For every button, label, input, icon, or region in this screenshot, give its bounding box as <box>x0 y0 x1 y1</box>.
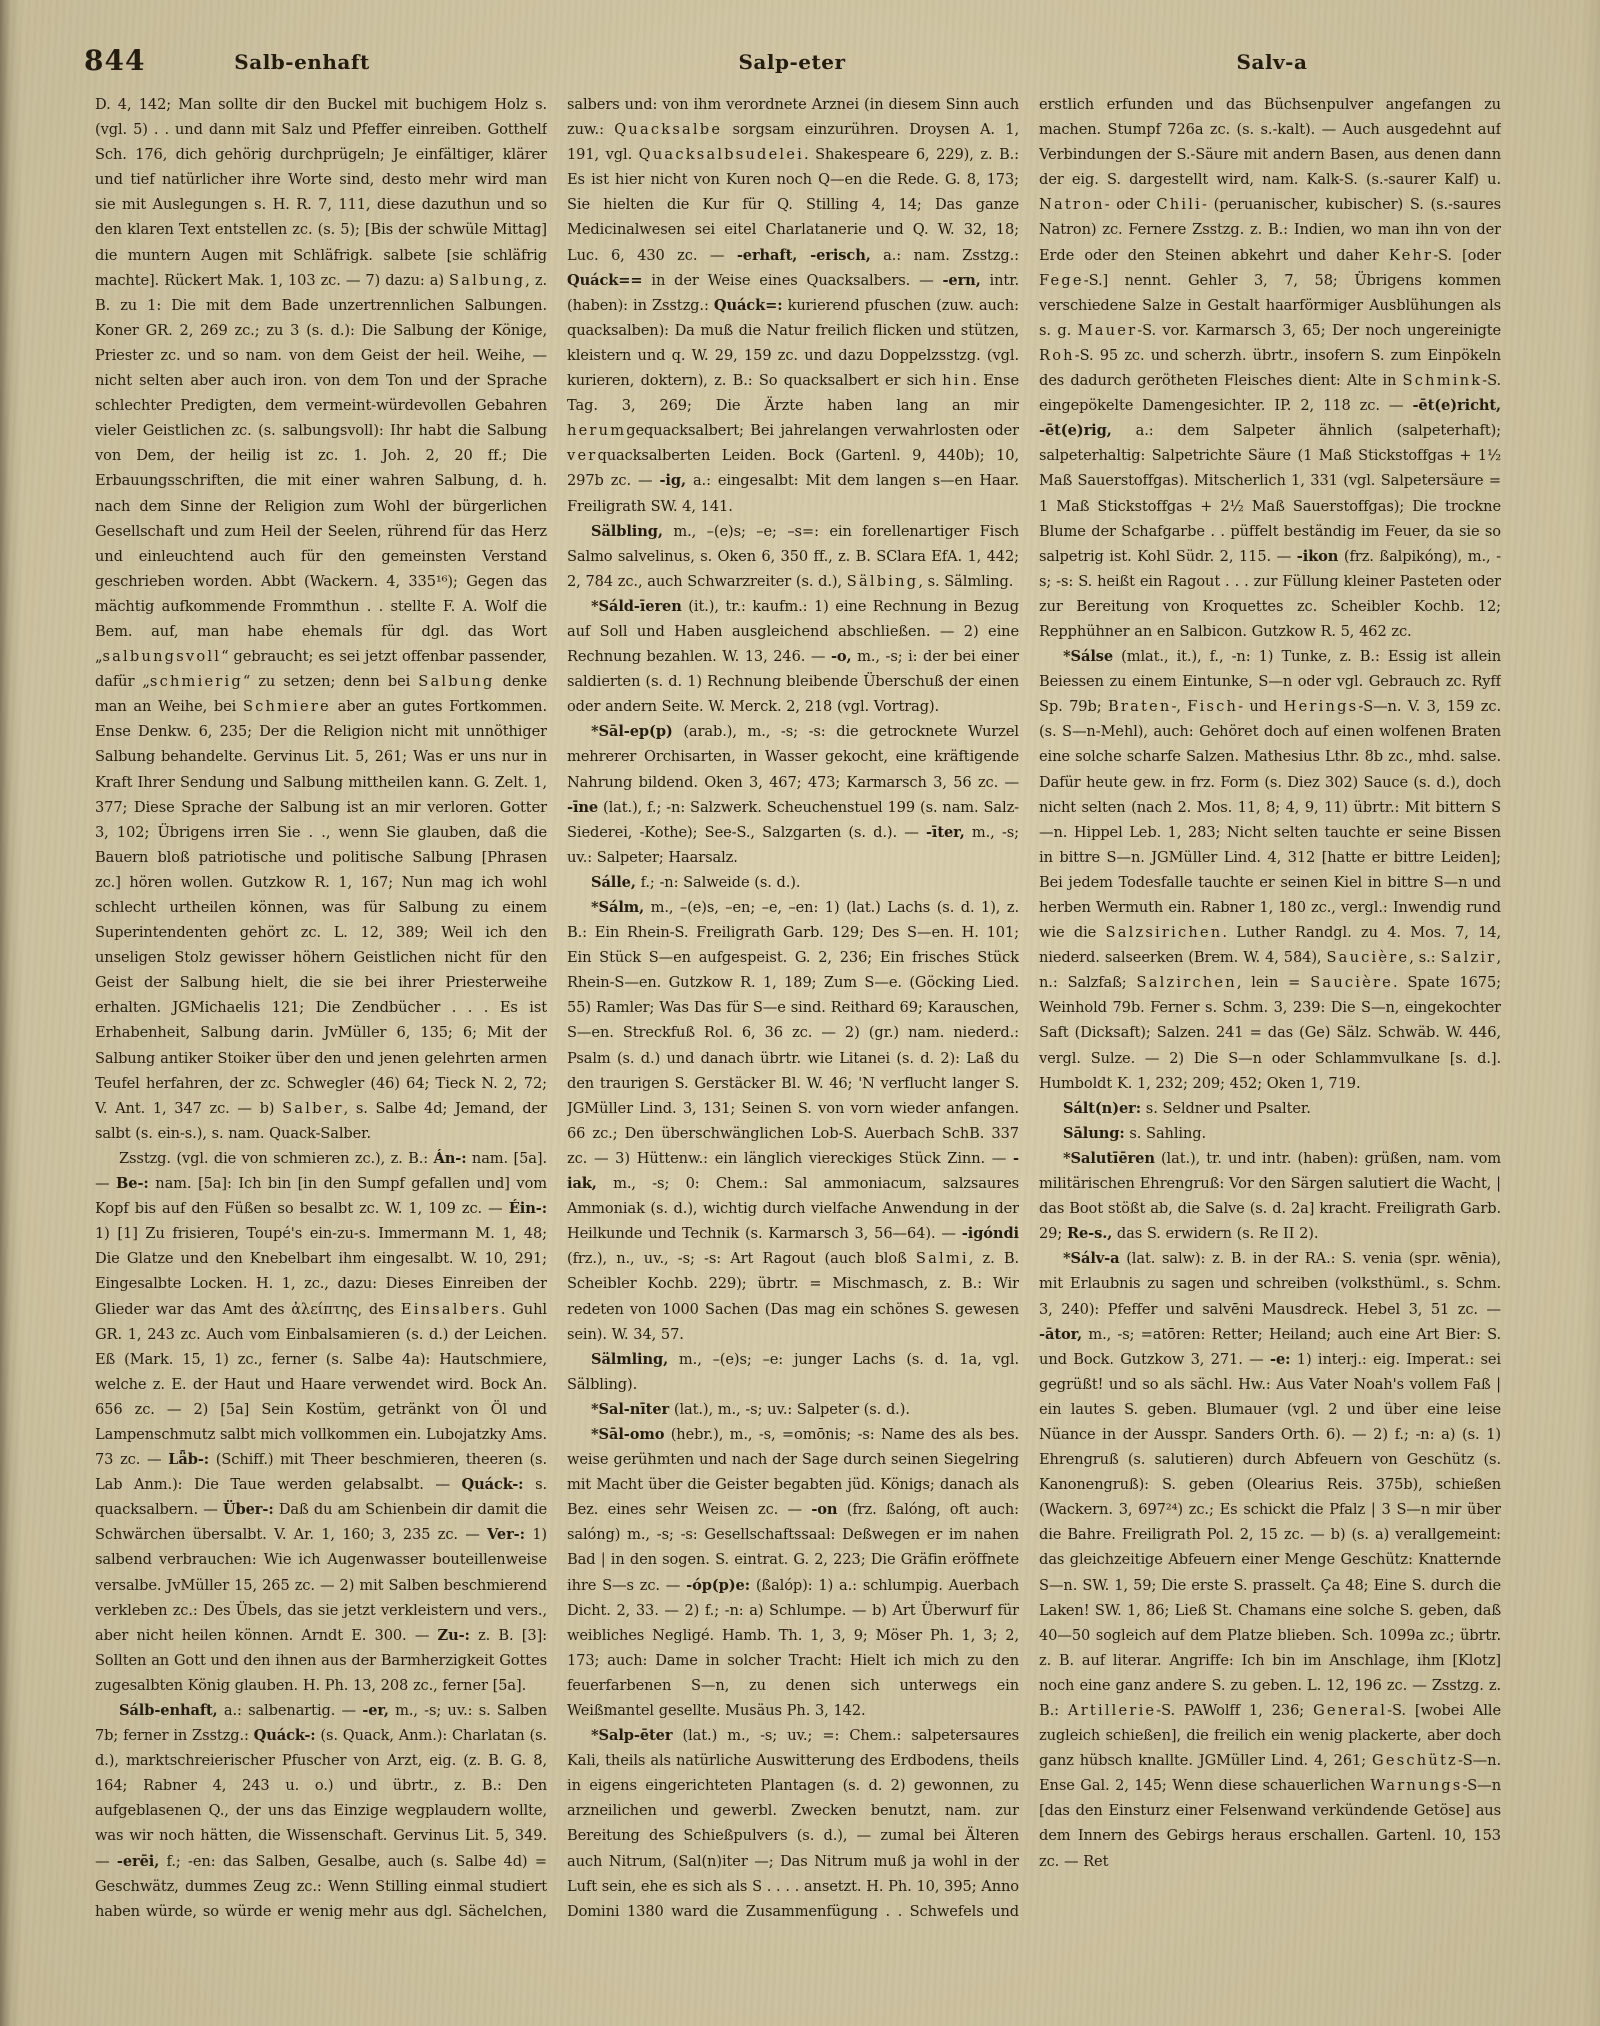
dictionary-paragraph: *Sáld-īeren (it.), tr.: kaufm.: 1) eine … <box>567 594 1019 719</box>
running-head-center: Salp-eter <box>738 50 845 74</box>
dictionary-paragraph: Sālung: s. Sahling. <box>1039 1121 1501 1146</box>
dictionary-paragraph: salbers und: von ihm verordnete Arznei (… <box>567 92 1019 519</box>
dictionary-paragraph: *Sāl-omo (hebr.), m., -s, =omōnis; -s: N… <box>567 1422 1019 1723</box>
text-column-1: D. 4, 142; Man sollte dir den Buckel mit… <box>95 92 547 1920</box>
dictionary-paragraph: Sälbling, m., –(e)s; –e; –s=: ein forell… <box>567 519 1019 594</box>
dictionary-paragraph: D. 4, 142; Man sollte dir den Buckel mit… <box>95 92 547 1146</box>
running-head-right: Salv-a <box>1237 50 1308 74</box>
dictionary-paragraph: *Sāl-ep(p) (arab.), m., -s; -s: die getr… <box>567 719 1019 870</box>
dictionary-paragraph: *Sálm, m., –(e)s, –en; –e, –en: 1) (lat.… <box>567 895 1019 1347</box>
dictionary-paragraph: *Sal-nīter (lat.), m., -s; uv.: Salpeter… <box>567 1397 1019 1422</box>
dictionary-paragraph: *Sálse (mlat., it.), f., -n: 1) Tunke, z… <box>1039 644 1501 1096</box>
dictionary-paragraph: Sálb-enhaft, a.: salbenartig. — -er, m.,… <box>95 1698 547 1920</box>
text-column-3: erstlich erfunden und das Büchsenpulver … <box>1039 92 1501 1920</box>
text-column-2: salbers und: von ihm verordnete Arznei (… <box>567 92 1019 1920</box>
dictionary-paragraph: erstlich erfunden und das Büchsenpulver … <box>1039 92 1501 644</box>
dictionary-paragraph: Zsstzg. (vgl. die von schmieren zc.), z.… <box>95 1146 547 1698</box>
running-head-left: Salb-enhaft <box>234 50 369 74</box>
page-number: 844 <box>84 44 145 77</box>
dictionary-paragraph: Sälmling, m., –(e)s; –e: junger Lachs (s… <box>567 1347 1019 1397</box>
dictionary-paragraph: Sált(n)er: s. Seldner und Psalter. <box>1039 1096 1501 1121</box>
dictionary-paragraph: *Salutīēren (lat.), tr. und intr. (haben… <box>1039 1146 1501 1246</box>
dictionary-paragraph: *Sálv-a (lat. salw): z. B. in der RA.: S… <box>1039 1246 1501 1873</box>
dictionary-paragraph: *Salp-ēter (lat.) m., -s; uv.; =: Chem.:… <box>567 1723 1019 1920</box>
dictionary-paragraph: Sálle, f.; -n: Salweide (s. d.). <box>567 870 1019 895</box>
